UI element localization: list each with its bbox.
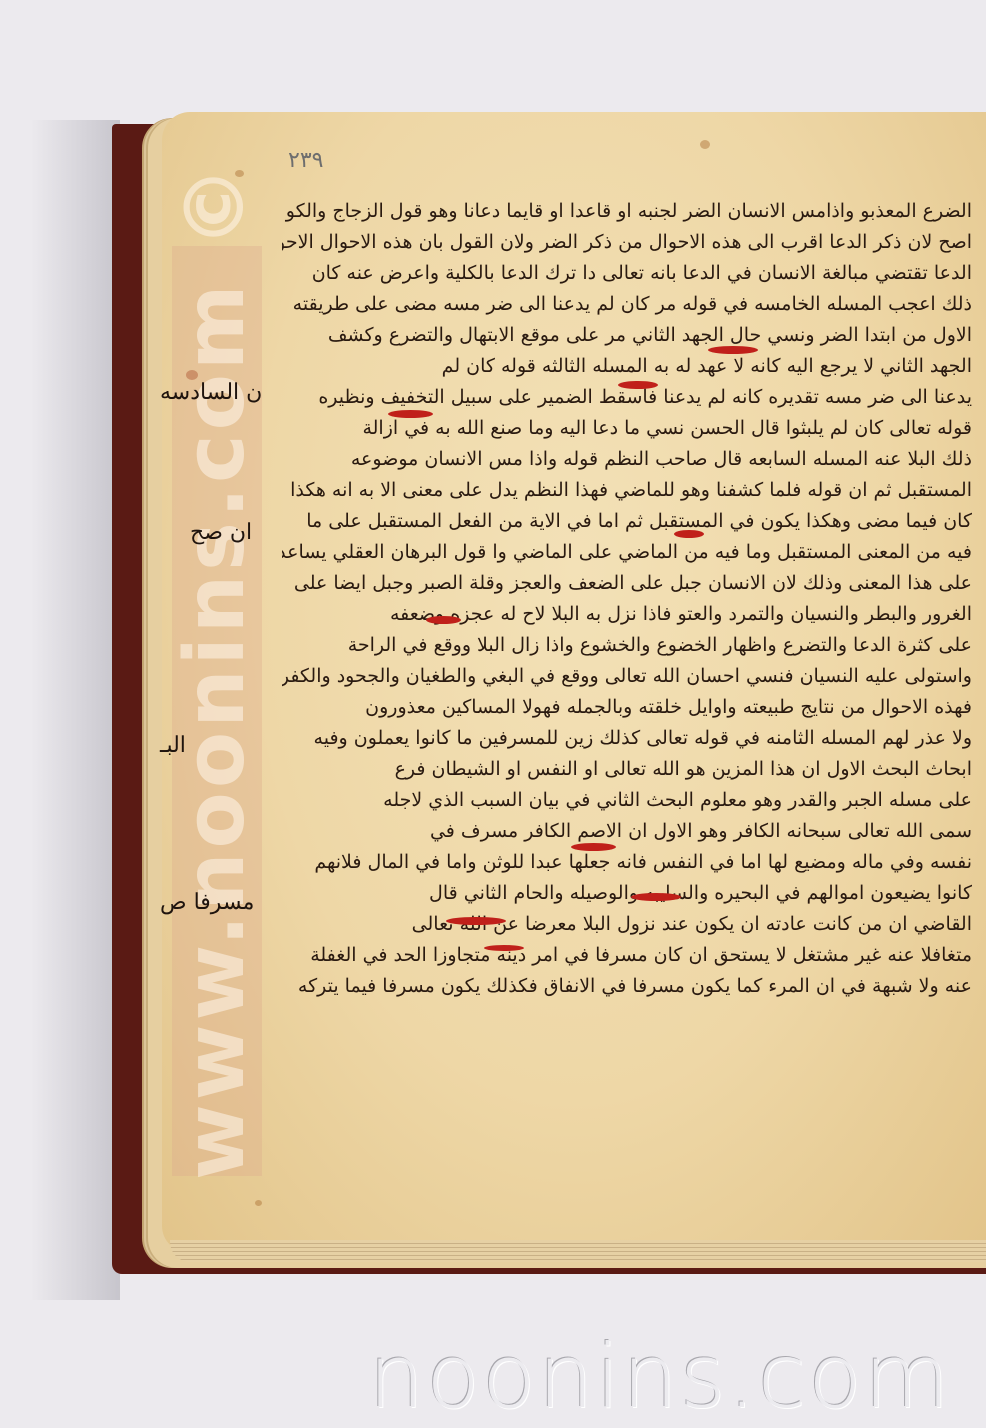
text-line: عنه ولا شبهة في ان المرء كما يكون مسرفا …: [282, 971, 972, 1002]
page-edges: [170, 1240, 986, 1262]
text-line: الجهد الثاني لا يرجع اليه كانه لا عهد له…: [282, 351, 972, 382]
text-line: قوله تعالى كان لم يلبثوا قال الحسن نسي م…: [282, 413, 972, 444]
stain: [700, 140, 710, 149]
margin-note: البـ: [160, 733, 186, 758]
text-line: اصح لان ذكر الدعا اقرب الى هذه الاحوال م…: [282, 227, 972, 258]
text-line: الضرع المعذبو واذامس الانسان الضر لجنبه …: [282, 196, 972, 227]
text-line: سمى الله تعالى سبحانه الكافر وهو الاول ا…: [282, 816, 972, 847]
rubric-mark: [484, 945, 524, 951]
text-line: كانوا يضيعون اموالهم في البحيره والسايبه…: [282, 878, 972, 909]
text-line: على كثرة الدعا والتضرع واظهار الخضوع وال…: [282, 630, 972, 661]
text-line: القاضي ان من كانت عادته ان يكون عند نزول…: [282, 909, 972, 940]
margin-note: مسرفا ص: [160, 890, 254, 915]
text-line: كان فيما مضى وهكذا يكون في المستقبل ثم ا…: [282, 506, 972, 537]
text-line: الغرور والبطر والنسيان والتمرد والعتو فا…: [282, 599, 972, 630]
stain: [255, 1200, 262, 1206]
text-line: ذلك البلا عنه المسله السابعه قال صاحب ال…: [282, 444, 972, 475]
rubric-mark: [446, 917, 506, 925]
text-line: فهذه الاحوال من نتايج طبيعته واوايل خلقت…: [282, 692, 972, 723]
rubric-mark: [618, 381, 658, 389]
text-line: الدعا تقتضي مبالغة الانسان في الدعا بانه…: [282, 258, 972, 289]
text-line: ولا عذر لهم المسله الثامنه في قوله تعالى…: [282, 723, 972, 754]
rubric-mark: [708, 346, 758, 354]
rubric-mark: [631, 893, 681, 901]
rubric-mark: [388, 410, 433, 418]
text-line: ذلك اعجب المسله الخامسه في قوله مر كان ل…: [282, 289, 972, 320]
background-shadow: [30, 120, 120, 1300]
rubric-mark: [674, 530, 704, 538]
watermark-bottom: noonins.com: [340, 1325, 980, 1428]
text-line: على هذا المعنى وذلك لان الانسان جبل على …: [282, 568, 972, 599]
text-line: الاول من ابتدا الضر ونسي حال الجهد الثان…: [282, 320, 972, 351]
text-line: المستقبل ثم ان قوله فلما كشفنا وهو للماض…: [282, 475, 972, 506]
rubric-mark: [426, 616, 461, 624]
manuscript-text: الضرع المعذبو واذامس الانسان الضر لجنبه …: [282, 196, 972, 1002]
text-line: ابحاث البحث الاول ان هذا المزين هو الله …: [282, 754, 972, 785]
margin-note: ان صح: [190, 520, 252, 545]
text-line: فيه من المعنى المستقبل وما فيه من الماضي…: [282, 537, 972, 568]
folio-number: ٢٣٩: [288, 148, 323, 173]
text-line: نفسه وفي ماله ومضيع لها اما في النفس فان…: [282, 847, 972, 878]
rubric-mark: [571, 843, 616, 851]
text-line: واستولى عليه النسيان فنسي احسان الله تعا…: [282, 661, 972, 692]
text-line: متغافلا عنه غير مشتغل لا يستحق ان كان مس…: [282, 940, 972, 971]
text-line: على مسله الجبر والقدر وهو معلوم البحث ال…: [282, 785, 972, 816]
margin-note: ن السادسه: [160, 380, 262, 405]
